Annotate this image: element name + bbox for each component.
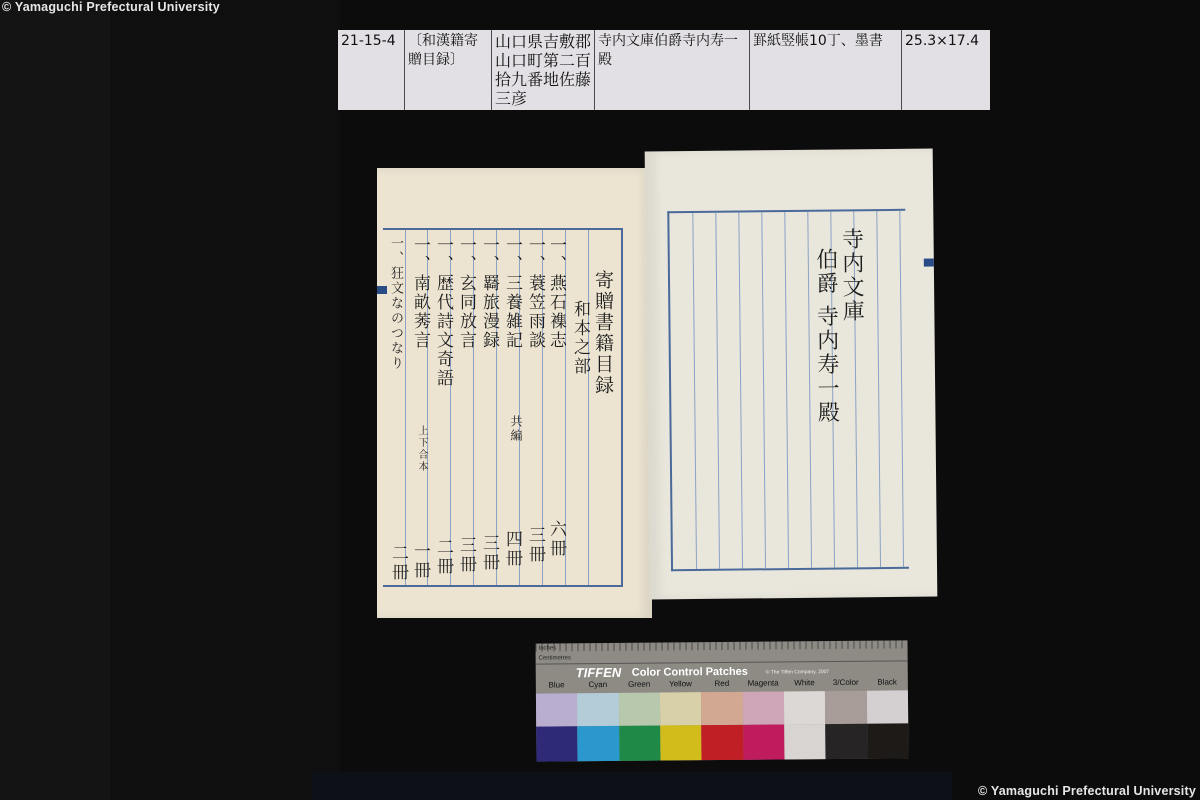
entry-title: 一、三養雑記 bbox=[500, 236, 525, 350]
chart-copyright: © The Tiffen Company, 2007 bbox=[766, 669, 830, 676]
patch-magenta bbox=[743, 691, 785, 759]
catalog-record-table: 21-15-4 〔和漢籍寄贈目録〕 山口県吉敷郡山口町第二百拾九番地佐藤三彦 寺… bbox=[338, 30, 990, 110]
ruler: Inches Centimetres bbox=[535, 640, 907, 664]
patch-label: Magenta bbox=[742, 678, 783, 690]
patch-label: Cyan bbox=[577, 680, 618, 692]
ruled-frame: 寄贈書籍目録 和本之部 一、燕石襍志 一、蓑笠雨談 一、三養雑記 一、羇旅漫録 … bbox=[383, 228, 623, 587]
ruled-frame: 寺内文庫 伯爵 寺内寿一殿 bbox=[667, 209, 909, 571]
patch-cyan bbox=[577, 693, 619, 761]
patch-label: Black bbox=[866, 677, 907, 689]
copyright-credit-bottom: © Yamaguchi Prefectural University bbox=[978, 784, 1196, 798]
ruler-inches-label: Inches bbox=[539, 645, 557, 651]
copyright-credit-top: © Yamaguchi Prefectural University bbox=[2, 0, 220, 14]
catalog-record-row: 21-15-4 〔和漢籍寄贈目録〕 山口県吉敷郡山口町第二百拾九番地佐藤三彦 寺… bbox=[338, 30, 990, 110]
entry-title: 一、歴代詩文奇語 bbox=[431, 236, 456, 388]
patch-blue bbox=[536, 693, 578, 761]
entry-count: 四冊 bbox=[500, 530, 525, 568]
record-format: 罫紙竪帳10丁、墨書 bbox=[750, 30, 902, 110]
patch-red bbox=[701, 692, 743, 760]
entry-count: 三冊 bbox=[477, 534, 502, 572]
background-panel-left bbox=[0, 0, 110, 800]
entry-title: 一、羇旅漫録 bbox=[477, 236, 502, 350]
patch-green bbox=[619, 693, 661, 761]
document-photo-book: 寄贈書籍目録 和本之部 一、燕石襍志 一、蓑笠雨談 一、三養雑記 一、羇旅漫録 … bbox=[375, 148, 937, 620]
entry-title: 一、玄同放言 bbox=[454, 236, 479, 350]
entry-title: 一、狂文なのつなり bbox=[386, 236, 405, 371]
background-panel bbox=[110, 0, 340, 800]
color-patches bbox=[536, 690, 909, 761]
patch-3color bbox=[825, 691, 867, 759]
record-id: 21-15-4 bbox=[338, 30, 405, 110]
color-control-chart: Inches Centimetres TIFFEN Color Control … bbox=[535, 640, 908, 761]
left-page: 寄贈書籍目録 和本之部 一、燕石襍志 一、蓑笠雨談 一、三養雑記 一、羇旅漫録 … bbox=[377, 168, 652, 618]
ruler-cm-label: Centimetres bbox=[539, 655, 571, 661]
patch-label: White bbox=[784, 678, 825, 690]
list-section: 和本之部 bbox=[568, 300, 593, 376]
entry-count: 一冊 bbox=[408, 542, 433, 580]
record-sender: 山口県吉敷郡山口町第二百拾九番地佐藤三彦 bbox=[492, 30, 595, 110]
patch-black bbox=[867, 690, 909, 758]
patch-yellow bbox=[660, 692, 702, 760]
entry-count: 三冊 bbox=[523, 526, 548, 564]
chart-title: Color Control Patches bbox=[632, 666, 748, 679]
list-title: 寄贈書籍目録 bbox=[590, 270, 617, 396]
patch-label: Blue bbox=[536, 680, 577, 692]
record-title: 〔和漢籍寄贈目録〕 bbox=[405, 30, 492, 110]
tab-mark bbox=[924, 258, 934, 266]
entry-note: 共編 bbox=[508, 415, 525, 443]
record-size: 25.3×17.4 bbox=[902, 30, 991, 110]
entry-title: 一、南畝莠言 bbox=[408, 236, 433, 350]
addressee-line-2: 伯爵 寺内寿一殿 bbox=[810, 247, 843, 424]
patch-label: Yellow bbox=[660, 679, 701, 691]
entry-count: 三冊 bbox=[454, 536, 479, 574]
entry-note: 上下合本 bbox=[414, 425, 429, 473]
record-recipient: 寺内文庫伯爵寺内寿一殿 bbox=[595, 30, 750, 110]
patch-label: Green bbox=[618, 680, 659, 692]
entry-title: 一、蓑笠雨談 bbox=[523, 236, 548, 350]
entry-count: 二冊 bbox=[431, 538, 456, 576]
patch-white bbox=[784, 691, 826, 759]
brand-logo: TIFFEN bbox=[576, 665, 622, 680]
right-page: 寺内文庫 伯爵 寺内寿一殿 bbox=[645, 149, 938, 600]
patch-label: 3/Color bbox=[825, 678, 866, 690]
patch-label: Red bbox=[701, 679, 742, 691]
background-band bbox=[312, 772, 952, 800]
entry-count: 二冊 bbox=[386, 544, 411, 582]
